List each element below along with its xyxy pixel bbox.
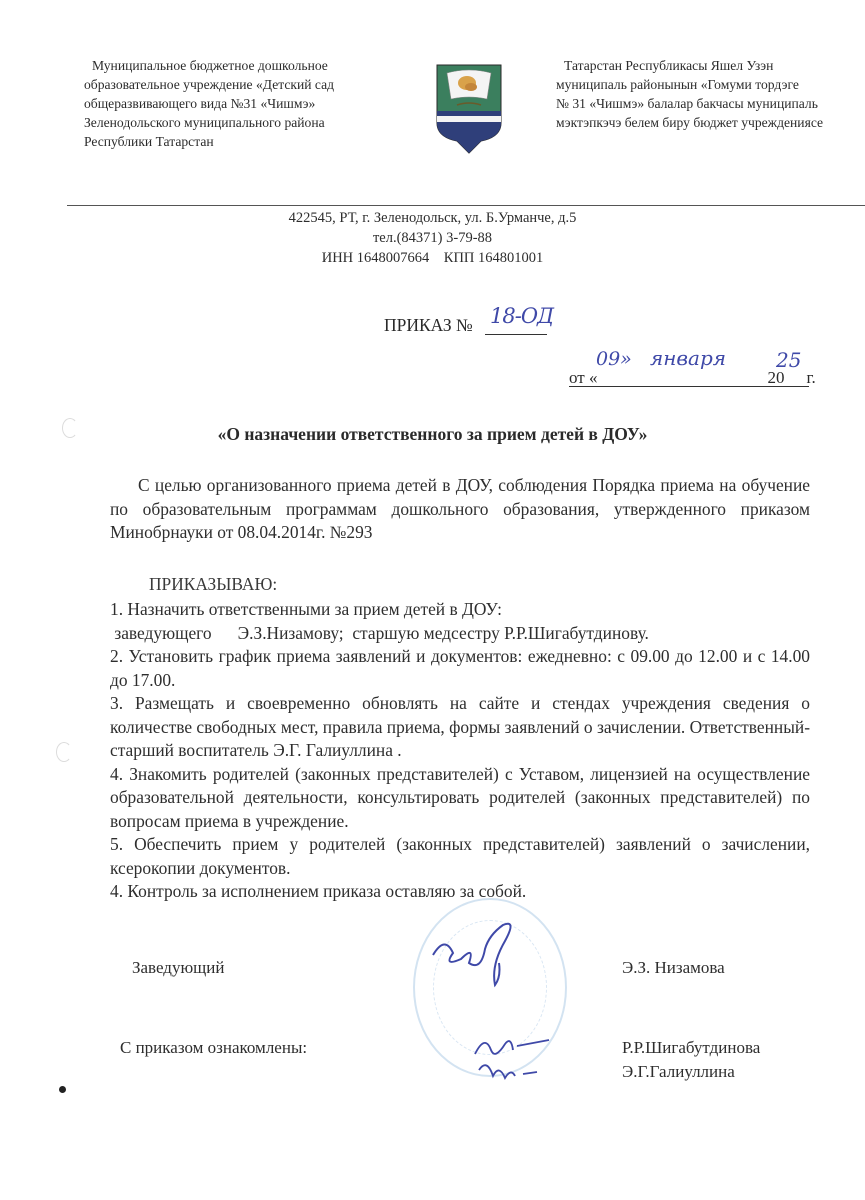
head-title: Заведующий — [132, 958, 224, 978]
order-number-underline — [485, 334, 547, 335]
postal-address: 422545, РТ, г. Зеленодольск, ул. Б.Урман… — [0, 208, 865, 228]
org-name-line: Республики Татарстан — [84, 132, 334, 151]
coat-of-arms-emblem — [435, 63, 503, 155]
org-name-line: Муниципальное бюджетное дошкольное — [84, 56, 334, 75]
date-year-handwritten: 25 — [776, 348, 801, 372]
order-item-assignees: заведующего Э.З.Низамову; старшую медсес… — [110, 622, 810, 646]
phone-number: тел.(84371) 3-79-88 — [0, 228, 865, 248]
date-suffix: г. — [806, 368, 815, 387]
order-item: 3. Размещать и своевременно обновлять на… — [110, 692, 810, 763]
org-name-line: Татарстан Республикасы Яшел Узэн — [556, 56, 823, 75]
date-day-handwritten: 09» — [596, 348, 632, 370]
head-signature — [425, 915, 535, 1000]
ink-spot — [59, 1086, 66, 1093]
order-title: ПРИКАЗ № — [384, 315, 473, 336]
date-prefix: от « — [569, 368, 597, 387]
intro-paragraph: С целью организованного приема детей в Д… — [110, 474, 810, 545]
org-name-line: образовательное учреждение «Детский сад — [84, 75, 334, 94]
address-block: 422545, РТ, г. Зеленодольск, ул. Б.Урман… — [0, 208, 865, 268]
acknowledged-name: Р.Р.Шигабутдинова — [622, 1038, 760, 1058]
document-heading: «О назначении ответственного за прием де… — [0, 424, 865, 445]
order-item: 1. Назначить ответственными за прием дет… — [110, 598, 810, 622]
order-items: 1. Назначить ответственными за прием дет… — [110, 598, 810, 904]
org-name-tatar: Татарстан Республикасы Яшел Узэн муницип… — [556, 56, 823, 132]
orders-label: ПРИКАЗЫВАЮ: — [149, 574, 277, 595]
tax-ids: ИНН 1648007664 КПП 164801001 — [0, 248, 865, 268]
org-name-line: мэктэпкэчэ белем биру бюджет учрежденияс… — [556, 113, 823, 132]
acknowledged-name: Э.Г.Галиуллина — [622, 1062, 735, 1082]
head-name: Э.З. Низамова — [622, 958, 725, 978]
order-item: 4. Контроль за исполнением приказа остав… — [110, 880, 810, 904]
org-name-russian: Муниципальное бюджетное дошкольное образ… — [84, 56, 334, 151]
punch-hole-mark — [56, 742, 72, 762]
org-name-line: муниципаль районынын «Гомуми тордэге — [556, 75, 823, 94]
org-name-line: Зеленодольского муниципального района — [84, 113, 334, 132]
order-item: 4. Знакомить родителей (законных предста… — [110, 763, 810, 834]
date-month-handwritten: января — [650, 346, 726, 370]
org-name-line: № 31 «Чишмэ» балалар бакчасы муниципаль — [556, 94, 823, 113]
acknowledged-label: С приказом ознакомлены: — [120, 1038, 307, 1058]
org-name-line: общеразвивающего вида №31 «Чишмэ» — [84, 94, 334, 113]
order-number-handwritten: 18-ОД — [490, 304, 553, 328]
order-item: 5. Обеспечить прием у родителей (законны… — [110, 833, 810, 880]
header-divider — [67, 205, 865, 206]
date-underline — [569, 386, 809, 387]
acknowledgment-signatures — [465, 1020, 565, 1095]
order-item: 2. Установить график приема заявлений и … — [110, 645, 810, 692]
